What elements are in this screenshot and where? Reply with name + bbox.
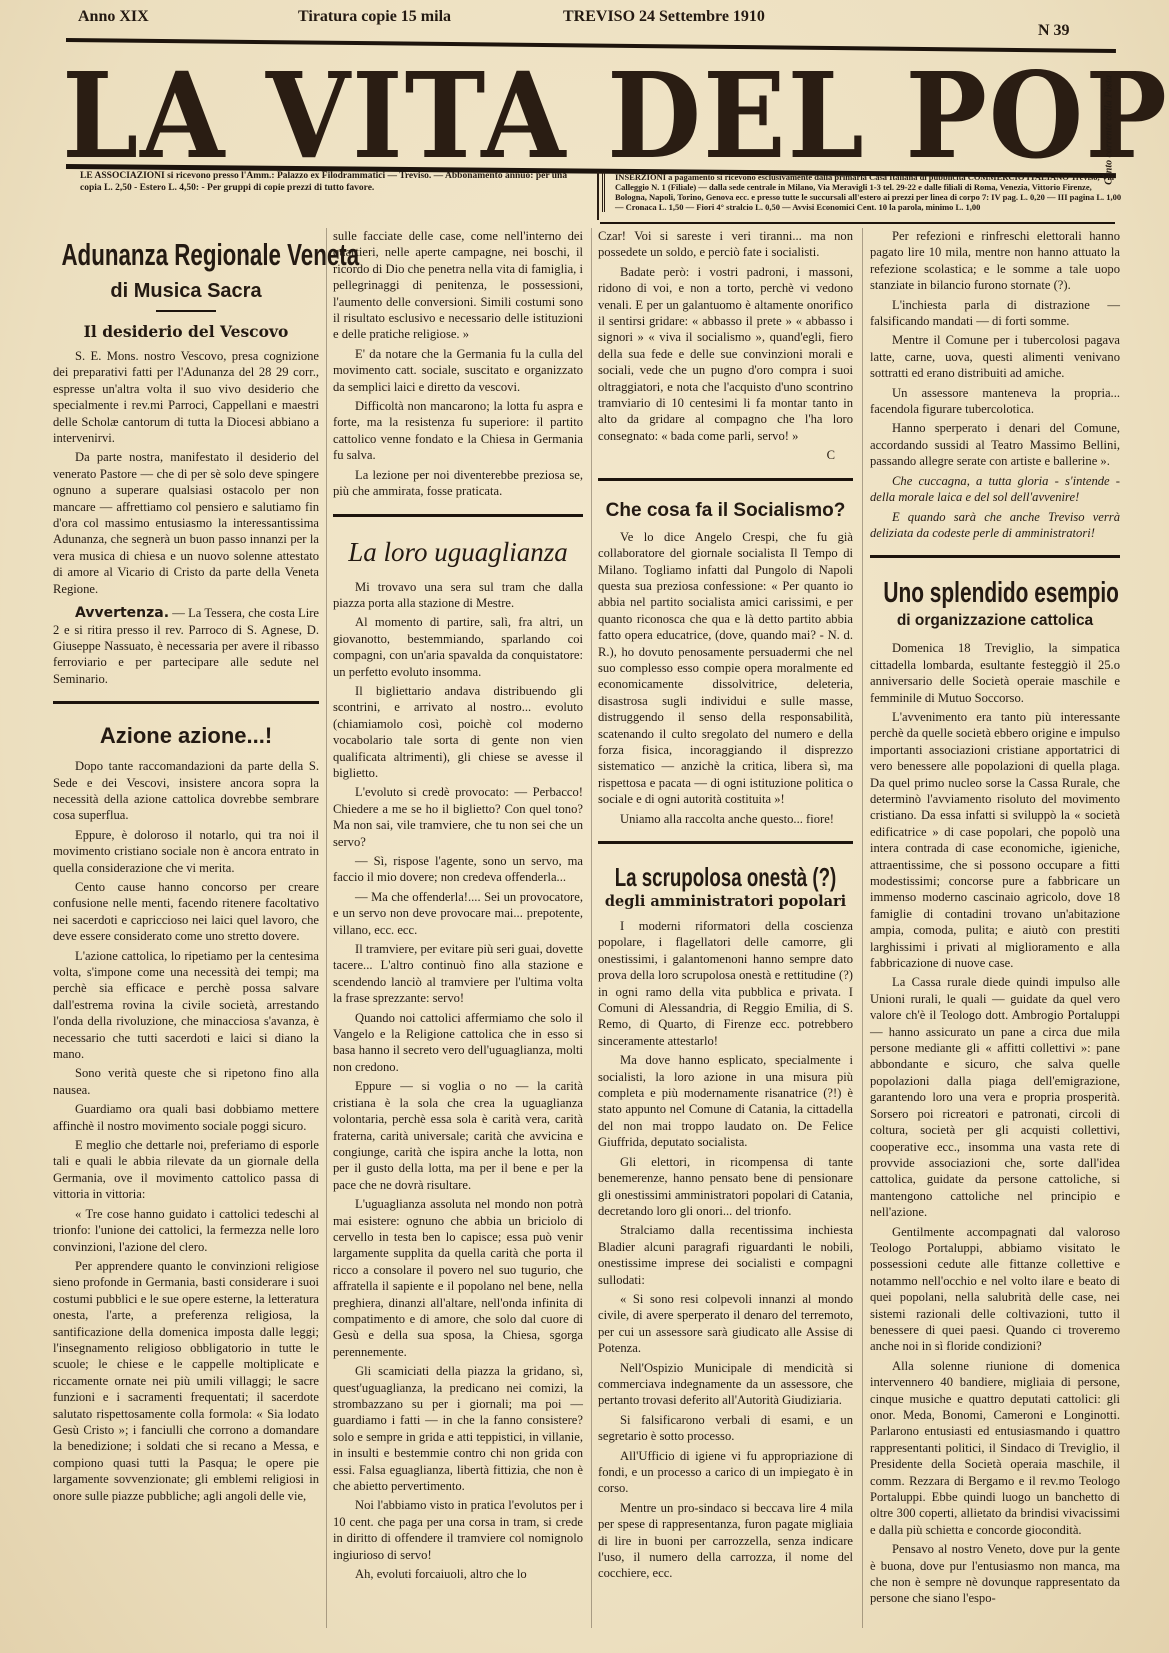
paragraph: Un assessore manteneva la propria... fac… [870, 385, 1120, 418]
paragraph: All'Ufficio di igiene vi fu appropriazio… [598, 1448, 853, 1497]
paragraph: Ah, evoluti forcaiuoli, altro che lo [333, 1566, 583, 1582]
subscription-info: LE ASSOCIAZIONI si ricevono presso l'Amm… [80, 170, 590, 194]
paragraph: Mentre il Comune per i tubercolosi pagav… [870, 332, 1120, 381]
column-2: sulle facciate delle case, come nell'int… [333, 228, 583, 1585]
postal-note: Conto corrente colla Posta [1094, 80, 1124, 180]
headline-azione: Azione azione...! [53, 722, 319, 750]
issue-number: N 39 [1038, 22, 1070, 40]
paragraph: Difficoltà non mancarono; la lotta fu as… [333, 398, 583, 464]
section-rule [870, 555, 1120, 558]
paragraph: Che cuccagna, a tutta gloria - s'intende… [870, 473, 1120, 506]
paragraph: Mi trovavo una sera sul tram che dalla p… [333, 579, 583, 612]
paragraph: Gli scamiciati della piazza la gridano, … [333, 1363, 583, 1494]
paragraph: Gentilmente accompagnati dal valoroso Te… [870, 1224, 1120, 1355]
paragraph: Sono verità queste che si ripetono fino … [53, 1065, 319, 1098]
paragraph: Eppure, è doloroso il notarlo, qui tra n… [53, 827, 319, 876]
paragraph: — Ma che offenderla!.... Sei un provocat… [333, 889, 583, 938]
paragraph: « Tre cose hanno guidato i cattolici ted… [53, 1206, 319, 1255]
header-divider [597, 172, 599, 220]
column-rule [326, 228, 327, 1628]
paragraph: Dopo tante raccomandazioni da parte dell… [53, 758, 319, 824]
divider [156, 310, 216, 312]
paragraph: — Sì, rispose l'agente, sono un servo, m… [333, 853, 583, 886]
paragraph: Ve lo dice Angelo Crespi, che fu già col… [598, 529, 853, 808]
subheadline-musica-sacra: di Musica Sacra [53, 278, 319, 304]
paragraph: L'azione cattolica, lo ripetiamo per la … [53, 948, 319, 1063]
notice-label: Avvertenza. [75, 605, 169, 621]
paragraph: Si falsificarono verbali di esami, e un … [598, 1412, 853, 1445]
subheadline-amministratori: degli amministratori popolari [598, 892, 853, 912]
paragraph: Ma dove hanno esplicato, specialmente i … [598, 1052, 853, 1150]
masthead-title: LA VITA DEL POPOLO [62, 62, 1000, 170]
headline-esempio: Uno splendido esempio [883, 576, 1106, 610]
insertions-info: INSERZIONI a pagamento si ricevono esclu… [602, 172, 1125, 212]
signature: C [598, 447, 853, 463]
paragraph: Da parte nostra, manifestato il desideri… [53, 449, 319, 597]
headline-scrupolosa: La scrupolosa onestà (?) [612, 862, 839, 892]
section-rule [333, 514, 583, 517]
paragraph: Eppure — si voglia o no — la carità cris… [333, 1078, 583, 1193]
paragraph: sulle facciate delle case, come nell'int… [333, 228, 583, 343]
paragraph: E meglio che dettarle noi, preferiamo di… [53, 1137, 319, 1203]
column-1: Adunanza Regionale Veneta di Musica Sacr… [53, 228, 319, 1507]
section-rule [598, 841, 853, 844]
paragraph: La Cassa rurale diede quindi impulso all… [870, 974, 1120, 1220]
paragraph: Al momento di partire, salì, fra altri, … [333, 614, 583, 680]
paragraph: Czar! Voi si sareste i veri tiranni... m… [598, 228, 853, 261]
column-3: Czar! Voi si sareste i veri tiranni... m… [598, 228, 853, 1585]
paragraph: Quando noi cattolici affermiamo che solo… [333, 1010, 583, 1076]
place-date: TREVISO 24 Settembre 1910 [563, 8, 765, 26]
paragraph: S. E. Mons. nostro Vescovo, presa cogniz… [53, 348, 319, 446]
paragraph: Cento cause hanno concorso per creare co… [53, 879, 319, 945]
paragraph: Badate però: i vostri padroni, i massoni… [598, 264, 853, 444]
paragraph: Hanno sperperato i denari del Comune, ac… [870, 420, 1120, 469]
paragraph: Uniamo alla raccolta anche questo... fio… [598, 811, 853, 827]
paragraph: L'avvenimento era tanto più interessante… [870, 709, 1120, 972]
paragraph: La lezione per noi diventerebbe preziosa… [333, 467, 583, 500]
paragraph: Pensavo al nostro Veneto, dove pur la ge… [870, 1541, 1120, 1607]
paragraph: Per refezioni e rinfreschi elettorali ha… [870, 228, 1120, 294]
column-rule [591, 228, 592, 1628]
paragraph: Per apprendere quanto le convinzioni rel… [53, 1258, 319, 1504]
newspaper-page: Anno XIX Tiratura copie 15 mila TREVISO … [0, 0, 1169, 1653]
headline-adunanza: Adunanza Regionale Veneta [61, 238, 310, 272]
paragraph: L'evoluto si credè provocato: — Perbacco… [333, 784, 583, 850]
paragraph: E quando sarà che anche Treviso verrà de… [870, 509, 1120, 542]
paragraph: L'uguaglianza assoluta nel mondo non pot… [333, 1196, 583, 1360]
year-label: Anno XIX [78, 8, 149, 26]
paragraph: I moderni riformatori della coscienza po… [598, 918, 853, 1049]
paragraph: Stralciamo dalla recentissima inchiesta … [598, 1222, 853, 1288]
paragraph: Noi l'abbiamo visto in pratica l'evoluto… [333, 1497, 583, 1563]
section-rule [598, 478, 853, 481]
headline-socialismo: Che cosa fa il Socialismo? [598, 499, 853, 523]
paragraph: Mentre un pro-sindaco si beccava lire 4 … [598, 1500, 853, 1582]
paragraph: L'inchiesta parla di distrazione — falsi… [870, 297, 1120, 330]
paragraph: Domenica 18 Treviglio, la simpatica citt… [870, 640, 1120, 706]
paragraph: Gli elettori, in ricompensa di tante ben… [598, 1154, 853, 1220]
notice-paragraph: Avvertenza. — La Tessera, che costa Lire… [53, 605, 319, 687]
paragraph: Il tramviere, per evitare più seri guai,… [333, 941, 583, 1007]
circulation-label: Tiratura copie 15 mila [298, 8, 451, 26]
paragraph: Guardiamo ora quali basi dobbiamo metter… [53, 1101, 319, 1134]
paragraph: Nell'Ospizio Municipale di mendicità si … [598, 1360, 853, 1409]
column-rule [862, 228, 863, 1628]
kicker-desiderio: Il desiderio del Vescovo [53, 322, 319, 342]
paragraph: E' da notare che la Germania fu la culla… [333, 346, 583, 395]
subheadline-organizzazione: di organizzazione cattolica [870, 610, 1120, 632]
paragraph: Il bigliettario andava distribuendo gli … [333, 683, 583, 781]
dateline: Anno XIX Tiratura copie 15 mila TREVISO … [68, 8, 1108, 36]
paragraph: Alla solenne riunione di domenica interv… [870, 1358, 1120, 1538]
section-rule [53, 701, 319, 704]
headline-uguaglianza: La loro uguaglianza [333, 535, 583, 569]
insertions-rule [600, 222, 1115, 224]
paragraph: « Si sono resi colpevoli innanzi al mond… [598, 1291, 853, 1357]
column-4: Per refezioni e rinfreschi elettorali ha… [870, 228, 1120, 1610]
